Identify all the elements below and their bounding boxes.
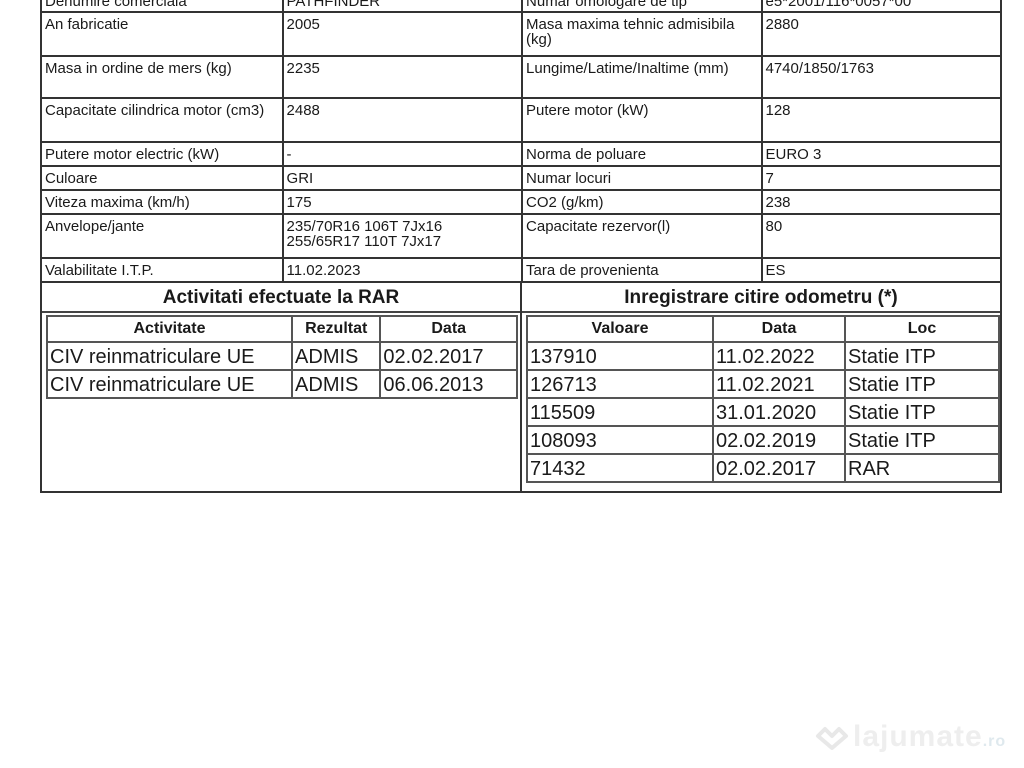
column-header-loc: Loc	[845, 316, 999, 342]
spec-label: Masa maxima tehnic admisibila (kg)	[522, 12, 761, 56]
spec-label: Lungime/Latime/Inaltime (mm)	[522, 56, 761, 98]
spec-value: 7	[762, 166, 1002, 190]
spec-label: Viteza maxima (km/h)	[41, 190, 283, 214]
spec-label: Numar omologare de tip	[522, 0, 761, 12]
table-cell: CIV reinmatriculare UE	[47, 342, 292, 370]
rar-activities-title: Activitati efectuate la RAR	[42, 283, 520, 313]
table-cell: 11.02.2022	[713, 342, 845, 370]
odometer-panel: Inregistrare citire odometru (*) Valoare…	[522, 283, 1002, 493]
spec-label: Norma de poluare	[522, 142, 761, 166]
column-header-activitate: Activitate	[47, 316, 292, 342]
spec-label: Valabilitate I.T.P.	[41, 258, 283, 282]
spec-value: 4740/1850/1763	[762, 56, 1002, 98]
table-cell: CIV reinmatriculare UE	[47, 370, 292, 398]
spec-value: 2880	[762, 12, 1002, 56]
table-cell: ADMIS	[292, 342, 380, 370]
spec-label: Numar locuri	[522, 166, 761, 190]
spec-label: CO2 (g/km)	[522, 190, 761, 214]
table-cell: 108093	[527, 426, 713, 454]
table-cell: 126713	[527, 370, 713, 398]
rar-activities-table: Activitate Rezultat Data CIV reinmatricu…	[46, 315, 518, 399]
table-row: 7143202.02.2017RAR	[527, 454, 999, 482]
spec-value: 11.02.2023	[283, 258, 522, 282]
spec-row: An fabricatie2005Masa maxima tehnic admi…	[41, 12, 1001, 56]
spec-value: 80	[762, 214, 1002, 258]
spec-value: ES	[762, 258, 1002, 282]
spec-value: EURO 3	[762, 142, 1002, 166]
spec-label: Tara de provenienta	[522, 258, 761, 282]
spec-value: 128	[762, 98, 1002, 142]
table-row: 11550931.01.2020Statie ITP	[527, 398, 999, 426]
spec-value: 2235	[283, 56, 522, 98]
table-cell: 06.06.2013	[380, 370, 517, 398]
table-cell: 11.02.2021	[713, 370, 845, 398]
table-cell: Statie ITP	[845, 426, 999, 454]
table-cell: Statie ITP	[845, 398, 999, 426]
spec-value: 238	[762, 190, 1002, 214]
spec-value: GRI	[283, 166, 522, 190]
vehicle-history-document: Denumire comercialaPATHFINDERNumar omolo…	[40, 0, 1002, 493]
spec-label: An fabricatie	[41, 12, 283, 56]
spec-label: Putere motor electric (kW)	[41, 142, 283, 166]
spec-label: Capacitate rezervor(l)	[522, 214, 761, 258]
spec-row: CuloareGRINumar locuri7	[41, 166, 1001, 190]
spec-row: Anvelope/jante235/70R16 106T 7Jx16 255/6…	[41, 214, 1001, 258]
spec-label: Anvelope/jante	[41, 214, 283, 258]
table-cell: 115509	[527, 398, 713, 426]
column-header-data: Data	[380, 316, 517, 342]
table-cell: 02.02.2019	[713, 426, 845, 454]
table-row: 13791011.02.2022Statie ITP	[527, 342, 999, 370]
column-header-valoare: Valoare	[527, 316, 713, 342]
spec-value: PATHFINDER	[283, 0, 522, 12]
spec-label: Putere motor (kW)	[522, 98, 761, 142]
table-cell: 71432	[527, 454, 713, 482]
heart-check-icon	[815, 726, 849, 750]
spec-row: Capacitate cilindrica motor (cm3)2488Put…	[41, 98, 1001, 142]
odometer-table: Valoare Data Loc 13791011.02.2022Statie …	[526, 315, 1000, 483]
table-cell: Statie ITP	[845, 370, 999, 398]
table-row: CIV reinmatriculare UEADMIS06.06.2013	[47, 370, 517, 398]
table-row: 10809302.02.2019Statie ITP	[527, 426, 999, 454]
table-cell: Statie ITP	[845, 342, 999, 370]
table-cell: 02.02.2017	[380, 342, 517, 370]
spec-label: Capacitate cilindrica motor (cm3)	[41, 98, 283, 142]
spec-row: Viteza maxima (km/h)175CO2 (g/km)238	[41, 190, 1001, 214]
column-header-data: Data	[713, 316, 845, 342]
table-cell: RAR	[845, 454, 999, 482]
odometer-title: Inregistrare citire odometru (*)	[522, 283, 1000, 313]
spec-row: Denumire comercialaPATHFINDERNumar omolo…	[41, 0, 1001, 12]
spec-value: -	[283, 142, 522, 166]
spec-label: Culoare	[41, 166, 283, 190]
table-row: CIV reinmatriculare UEADMIS02.02.2017	[47, 342, 517, 370]
spec-value: 235/70R16 106T 7Jx16 255/65R17 110T 7Jx1…	[283, 214, 522, 258]
spec-value: 175	[283, 190, 522, 214]
spec-row: Valabilitate I.T.P.11.02.2023Tara de pro…	[41, 258, 1001, 282]
table-cell: 31.01.2020	[713, 398, 845, 426]
table-cell: ADMIS	[292, 370, 380, 398]
table-row: 12671311.02.2021Statie ITP	[527, 370, 999, 398]
table-cell: 02.02.2017	[713, 454, 845, 482]
spec-row: Masa in ordine de mers (kg)2235Lungime/L…	[41, 56, 1001, 98]
rar-activities-panel: Activitati efectuate la RAR Activitate R…	[40, 283, 522, 493]
spec-value: 2488	[283, 98, 522, 142]
vehicle-specs-table: Denumire comercialaPATHFINDERNumar omolo…	[40, 0, 1002, 283]
spec-label: Denumire comerciala	[41, 0, 283, 12]
column-header-rezultat: Rezultat	[292, 316, 380, 342]
spec-row: Putere motor electric (kW)-Norma de polu…	[41, 142, 1001, 166]
spec-value: 2005	[283, 12, 522, 56]
spec-label: Masa in ordine de mers (kg)	[41, 56, 283, 98]
lajumate-watermark: lajumate.ro	[815, 720, 1006, 754]
spec-value: e5*2001/116*0057*00	[762, 0, 1002, 12]
table-cell: 137910	[527, 342, 713, 370]
